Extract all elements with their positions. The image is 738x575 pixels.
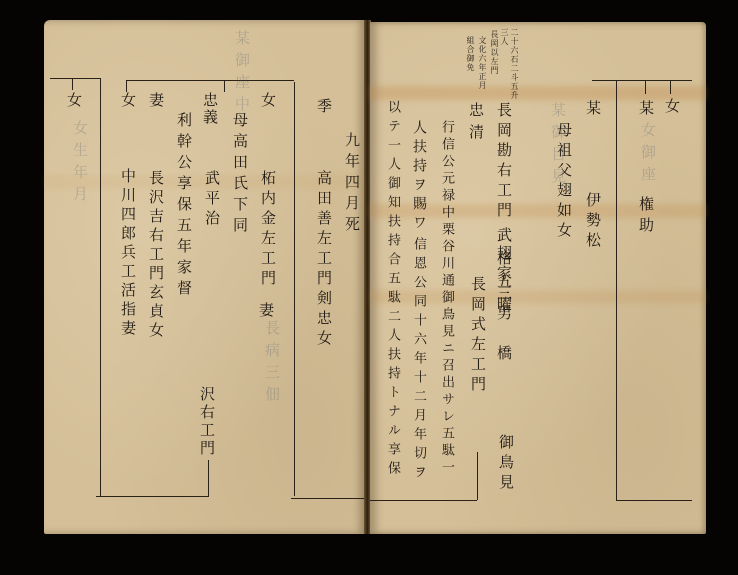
text-column: 伊勢松 <box>585 192 600 252</box>
text-column: 武平治 <box>204 170 219 230</box>
bracket-line <box>294 82 295 496</box>
bracket-line <box>100 78 101 496</box>
text-column: 長沢吉右工門玄貞女 <box>148 170 163 341</box>
text-column: 女 <box>664 98 679 120</box>
annotation-line: 組合御免 <box>466 36 474 72</box>
bracket-line <box>291 498 367 499</box>
text-column: 長岡式左工門 <box>470 276 485 396</box>
bracket-line <box>50 78 100 79</box>
text-column: 利幹公享保五年家督 <box>176 112 191 301</box>
right-page: 二十六石二斗五升 三人 長岡以左門 文化六年正月 組合御免 某御目見 女御座 以… <box>370 22 706 534</box>
bracket-line <box>224 80 225 92</box>
text-column: 柘内金左工門 <box>260 170 275 290</box>
bracket-line <box>645 80 646 94</box>
bracket-line <box>126 80 294 81</box>
bracket-line <box>670 80 671 94</box>
bleed-through-text: 女御座 <box>640 122 655 188</box>
text-column: 忠清 <box>468 102 483 146</box>
annotation-line: 長岡以左門 <box>490 30 498 75</box>
text-column: 高田善左工門剣忠女 <box>316 170 331 350</box>
bleed-through-text: 女生年月 <box>72 120 87 208</box>
bleed-through-text: 某御座中 <box>234 30 249 118</box>
annotation-line: 二十六石二斗五升 <box>510 28 518 100</box>
text-column: 沢右工門 <box>199 386 214 458</box>
water-stain <box>370 86 706 100</box>
bracket-line <box>592 80 692 81</box>
text-column: 信恩公同十六年十二月年切ヲ <box>412 237 425 484</box>
bracket-line <box>72 78 73 90</box>
text-column: 妻 <box>258 302 273 324</box>
bracket-line <box>616 80 617 500</box>
text-column: 女 <box>120 92 135 114</box>
left-page: 女生年月 某御座中 長病三佃 女 女 中川四郎兵工活指妻 妻 長沢吉右工門玄貞女… <box>44 20 366 534</box>
text-column: 妻 <box>148 92 163 114</box>
bracket-line <box>96 496 208 497</box>
text-column: 女 <box>66 92 81 114</box>
annotation-line: 三人 <box>500 28 508 46</box>
bleed-through-text: 長病三佃 <box>264 320 279 408</box>
text-column: 季 <box>316 98 331 120</box>
text-column: 某 <box>638 100 653 122</box>
text-column: 九年四月死 <box>344 132 359 237</box>
text-column: 御鳥見 <box>498 434 513 494</box>
bracket-line <box>126 80 127 92</box>
text-column: 中川四郎兵工活指妻 <box>120 168 135 339</box>
text-column: 以テ一人御知扶持合五駄二人扶持トナル享保 <box>386 100 399 480</box>
text-column: 女 <box>260 92 275 114</box>
text-column: 忠義 <box>202 92 217 126</box>
text-column: 行信公元禄中栗谷川通御鳥見ニ召出サレ五駄一 <box>440 120 453 477</box>
text-column: 母祖父翅如女 <box>556 122 571 242</box>
bracket-line <box>616 500 692 501</box>
annotation-line: 文化六年正月 <box>478 36 486 90</box>
text-column: 母高田氏下同 <box>232 112 247 238</box>
text-column: 某 <box>585 100 600 122</box>
bracket-line <box>370 500 477 501</box>
text-column: 人扶持ヲ賜ワ <box>412 120 426 234</box>
text-column: 武格五曜 橋 <box>496 227 511 368</box>
text-column: 権助 <box>638 196 653 238</box>
bracket-line <box>477 452 478 500</box>
bracket-line <box>208 460 209 497</box>
